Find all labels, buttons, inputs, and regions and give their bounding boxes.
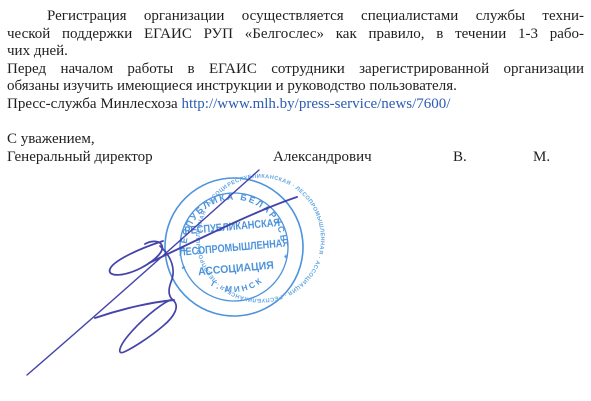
signature-stroke-descender — [120, 246, 176, 353]
press-service-label: Пресс-служба Минлесхоза — [7, 96, 181, 112]
blank-line — [7, 114, 584, 132]
stamp-outer-circle — [159, 172, 309, 322]
official-round-stamp: РЕСПУБЛИКАНСКАЯ · ЛЕСОПРОМЫШЛЕННАЯ · АСС… — [134, 147, 334, 347]
stamp-center-line1: РЕСПУБЛИКАНСКАЯ — [184, 217, 281, 237]
director-title: Генеральный директор — [7, 149, 153, 167]
letter-body: Регистрация организации осуществляется с… — [7, 8, 584, 166]
stamp-center-line2: ЛЕСОПРОМЫШЛЕННАЯ — [179, 237, 290, 259]
body-line: ческой поддержки ЕГАИС РУП «Белгослес» к… — [7, 26, 584, 44]
signature-stroke-long-diagonal — [27, 170, 259, 375]
signature-stroke-underline-sweep — [95, 300, 174, 318]
signature-stroke-second-diagonal — [149, 197, 297, 263]
signoff-row: Генеральный директор Александрович В. М. — [7, 149, 584, 167]
director-initial-first: В. — [453, 149, 467, 167]
body-line: чих дней. — [7, 43, 584, 61]
body-line: Перед началом работы в ЕГАИС сотрудники … — [7, 61, 584, 79]
scanned-letter-page: Регистрация организации осуществляется с… — [0, 0, 591, 401]
director-surname: Александрович — [273, 149, 372, 167]
stamp-asterisk-right: * — [284, 253, 289, 264]
stamp-ring-text: РЕСПУБЛИКАНСКАЯ · ЛЕСОПРОМЫШЛЕННАЯ · АСС… — [134, 147, 330, 314]
signature-stroke-loop — [110, 241, 163, 275]
closing-line: С уважением, — [7, 131, 584, 149]
stamp-top-arc-text: РЕСПУБЛИКА БЕЛАРУСЬ — [174, 187, 289, 253]
body-line: Регистрация организации осуществляется с… — [7, 8, 584, 26]
stamp-asterisk-left: * — [181, 264, 186, 275]
paragraph-block: Регистрация организации осуществляется с… — [7, 8, 584, 96]
stamp-center-line3: АССОЦИАЦИЯ — [198, 260, 275, 279]
director-initial-patronymic: М. — [533, 149, 550, 167]
stamp-bottom-arc-text: Г. МИНСК — [209, 275, 266, 296]
press-service-line: Пресс-служба Минлесхоза http://www.mlh.b… — [7, 96, 584, 114]
body-line: обязаны изучить имеющиеся инструкции и р… — [7, 78, 584, 96]
stamp-inner-circle — [175, 188, 292, 305]
minlesxoz-link[interactable]: http://www.mlh.by/press-service/news/760… — [181, 96, 450, 112]
